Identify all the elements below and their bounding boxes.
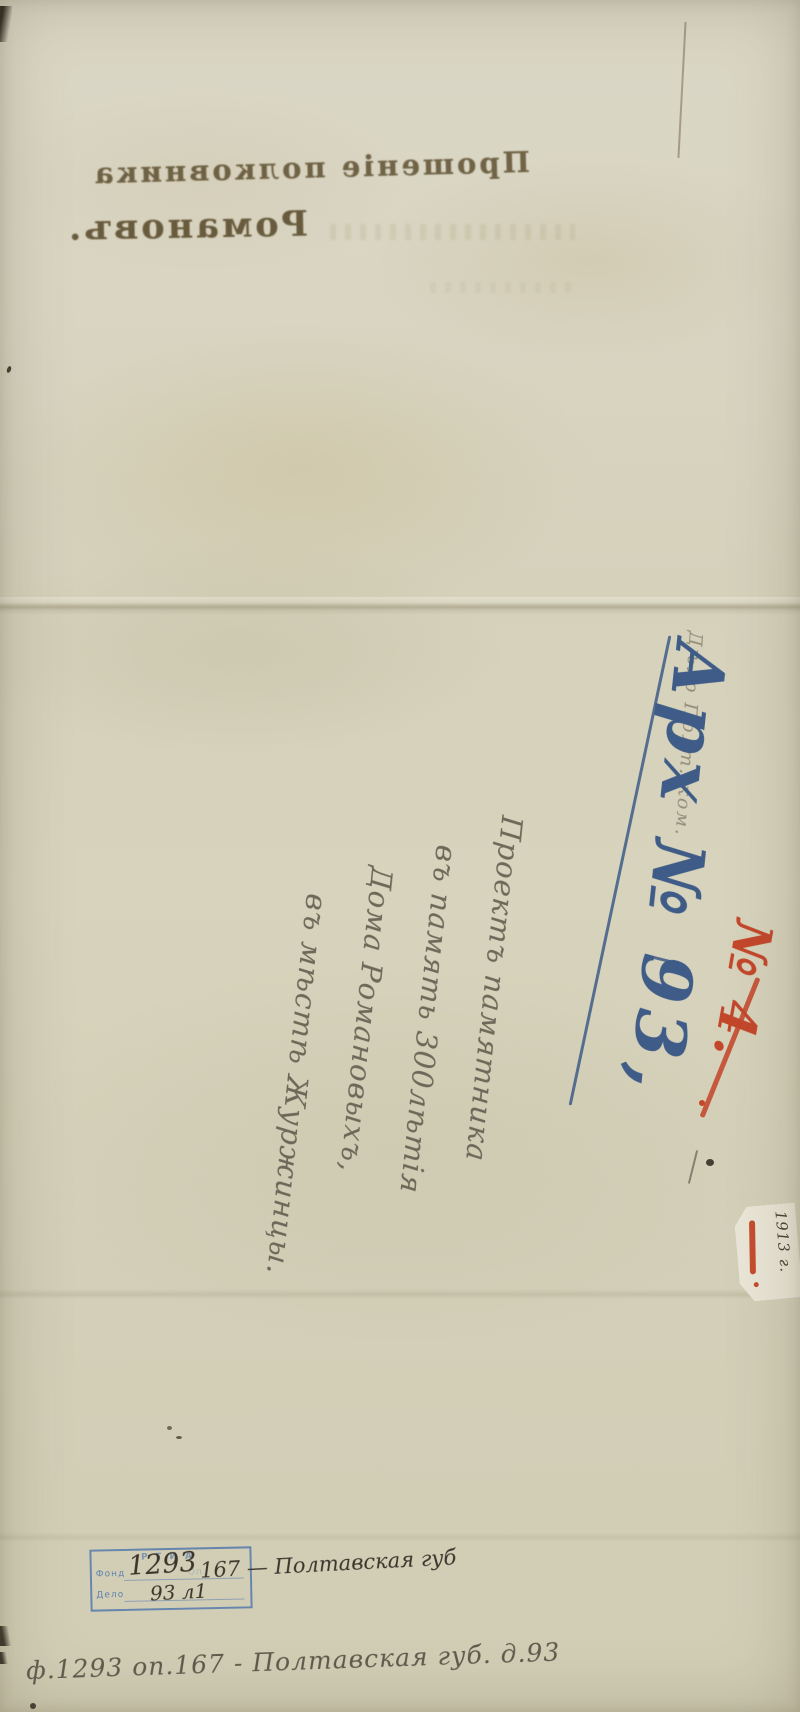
ink-speck-bottom	[30, 1703, 36, 1709]
sticker-red-line	[749, 1220, 756, 1274]
bleedthrough-line-1: Прошеніе полковника	[140, 145, 531, 189]
pen-stroke-mark	[677, 22, 686, 158]
stamp-fond-value: 1293	[127, 1547, 198, 1583]
fold-crease-bottom	[0, 1532, 800, 1542]
monument-title: Проектъ памятника въ память 300лѣтія Дом…	[257, 793, 543, 1177]
corner-stain-bottom-left	[0, 1626, 11, 1646]
bleedthrough-ghost-strip	[330, 224, 575, 240]
stamp-delo-label: Дело	[96, 1590, 124, 1601]
bleedthrough-ghost-strip-2	[430, 282, 580, 293]
ink-speck-mid-left	[167, 1426, 172, 1430]
ink-speck-dot	[706, 1159, 714, 1166]
fold-crease-lower	[0, 1289, 800, 1299]
year-sticker-label: 1913 г.	[771, 1210, 796, 1293]
year-sticker: 1913 г.	[733, 1202, 800, 1302]
stamp-delo-value: 93 л1	[149, 1579, 207, 1606]
fold-crease-main	[0, 597, 800, 615]
bottom-archive-note: ф.1293 оп.167 - Полтавская губ. д.93	[26, 1640, 497, 1685]
sticker-red-dot	[754, 1282, 759, 1287]
corner-stain-top-left	[0, 6, 12, 42]
ink-speck-mid-left-2	[176, 1436, 182, 1439]
stamp-fond-label: Фонд	[96, 1569, 126, 1580]
red-period-dot	[699, 1100, 705, 1106]
pencil-slash-mark	[688, 1150, 698, 1183]
document-page: Прошеніе полковника Романовъ. Дѣло Полт.…	[0, 0, 800, 1712]
bleedthrough-line-2: Романовъ.	[28, 204, 309, 250]
ink-speck-left-edge	[6, 366, 12, 374]
corner-stain-bottom-left-2	[0, 1652, 8, 1664]
